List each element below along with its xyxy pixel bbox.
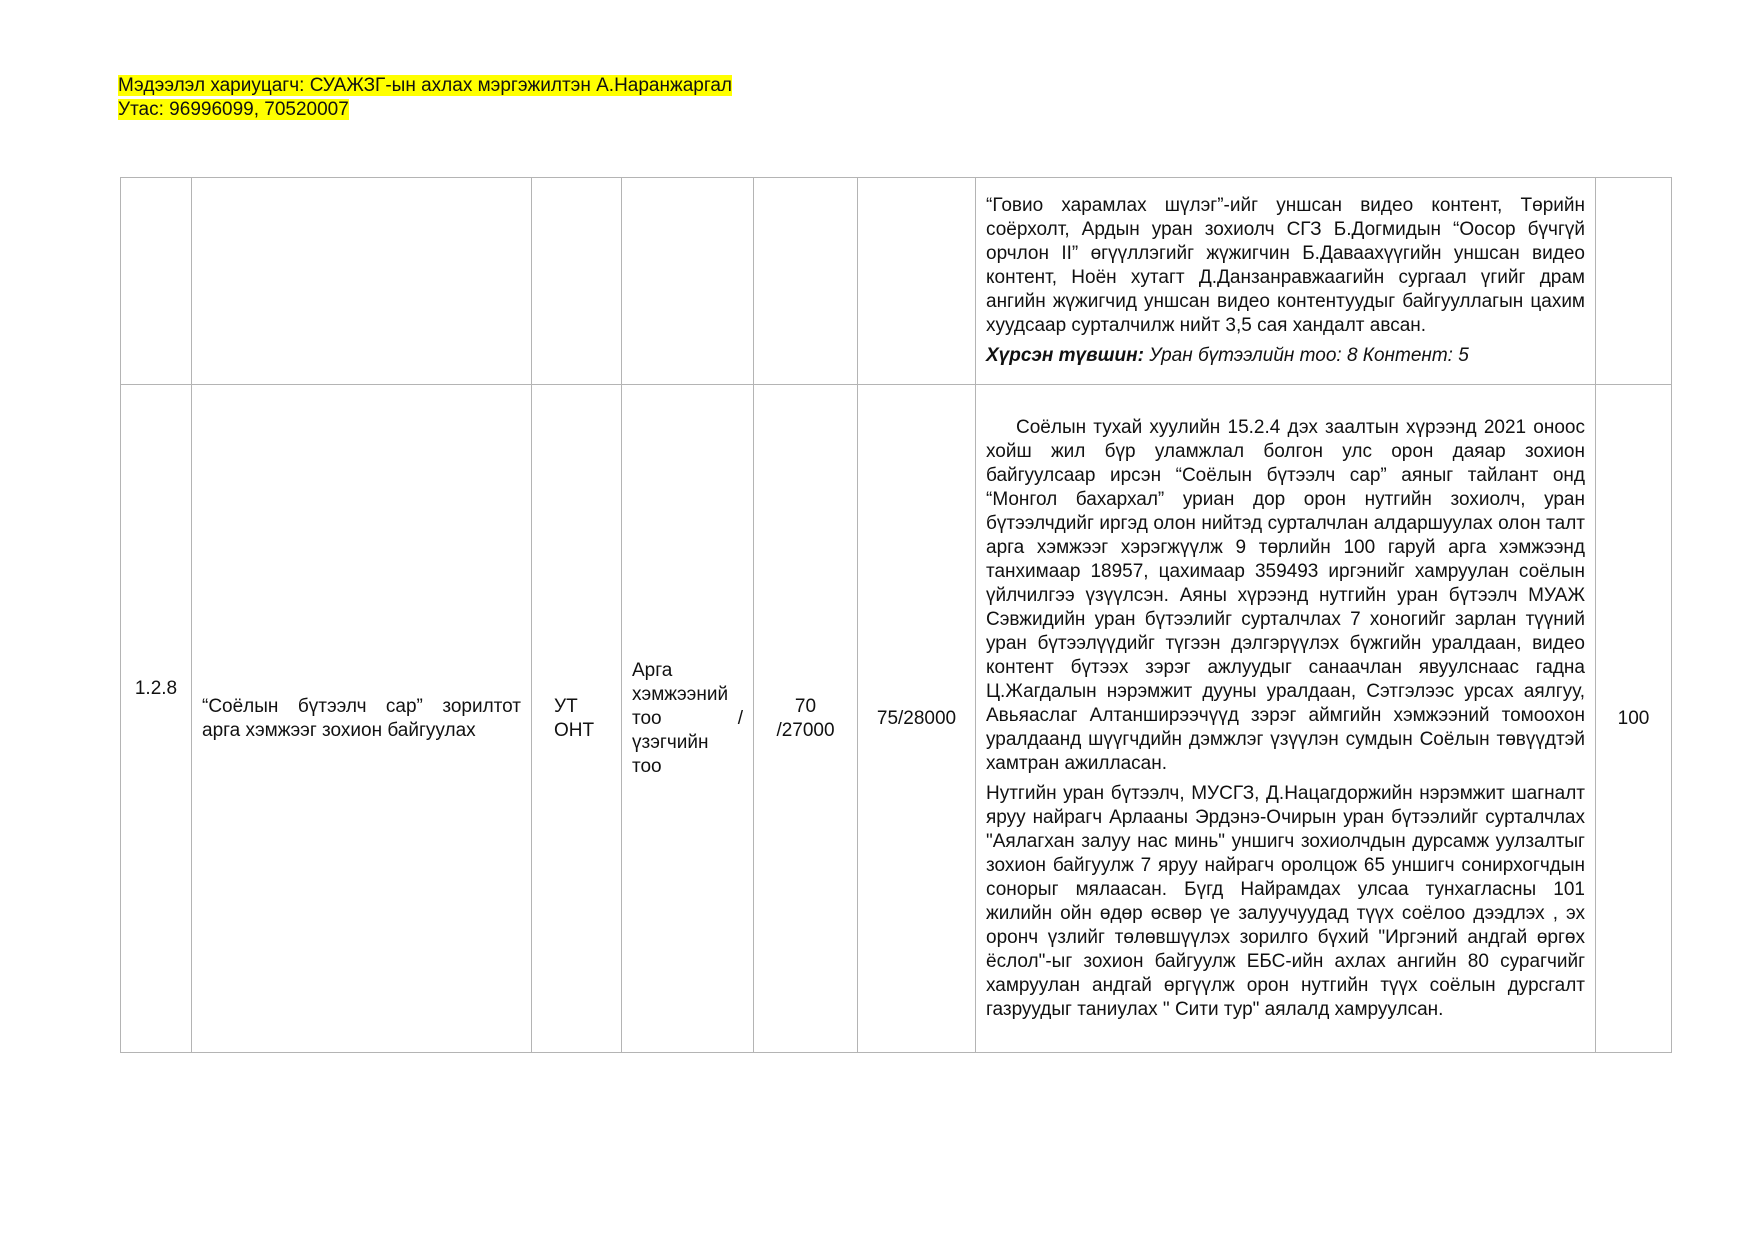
description-paragraph: “Говио харамлах шүлэг”-ийг уншсан видео … (986, 194, 1585, 338)
row-target (858, 178, 976, 385)
row-baseline: 70 /27000 (754, 385, 858, 1053)
achieved-level: Хүрсэн түвшин: Уран бүтээлийн тоо: 8 Кон… (986, 344, 1585, 368)
row-responsible-unit (532, 178, 622, 385)
row-indicator (622, 178, 754, 385)
row-score (1596, 178, 1672, 385)
table-row: “Говио харамлах шүлэг”-ийг уншсан видео … (121, 178, 1672, 385)
report-table: “Говио харамлах шүлэг”-ийг уншсан видео … (120, 177, 1672, 1053)
phone-numbers: Утас: 96996099, 70520007 (118, 99, 349, 120)
achieved-level-value: Уран бүтээлийн тоо: 8 Контент: 5 (1149, 345, 1469, 366)
table-row: 1.2.8 “Соёлын бүтээлч сар” зорилтот арга… (121, 385, 1672, 1053)
row-baseline (754, 178, 858, 385)
description-paragraph: Нутгийн уран бүтээлч, МУСГЗ, Д.Нацагдорж… (986, 782, 1585, 1022)
achieved-level-label: Хүрсэн түвшин: (986, 345, 1144, 366)
row-description: “Говио харамлах шүлэг”-ийг уншсан видео … (976, 178, 1596, 385)
row-responsible-unit: УТ ОНТ (532, 385, 622, 1053)
row-score: 100 (1596, 385, 1672, 1053)
row-code: 1.2.8 (121, 385, 192, 1053)
row-activity: “Соёлын бүтээлч сар” зорилтот арга хэмжэ… (192, 385, 532, 1053)
row-target: 75/28000 (858, 385, 976, 1053)
row-description: Соёлын тухай хуулийн 15.2.4 дэх заалтын … (976, 385, 1596, 1053)
row-activity (192, 178, 532, 385)
responsible-person: Мэдээлэл хариуцагч: СУАЖЗГ-ын ахлах мэрг… (118, 75, 732, 96)
description-paragraph: Соёлын тухай хуулийн 15.2.4 дэх заалтын … (986, 416, 1585, 776)
row-indicator: Арга хэмжээний тоо / үзэгчийн тоо (622, 385, 754, 1053)
row-code (121, 178, 192, 385)
report-header: Мэдээлэл хариуцагч: СУАЖЗГ-ын ахлах мэрг… (118, 74, 732, 122)
